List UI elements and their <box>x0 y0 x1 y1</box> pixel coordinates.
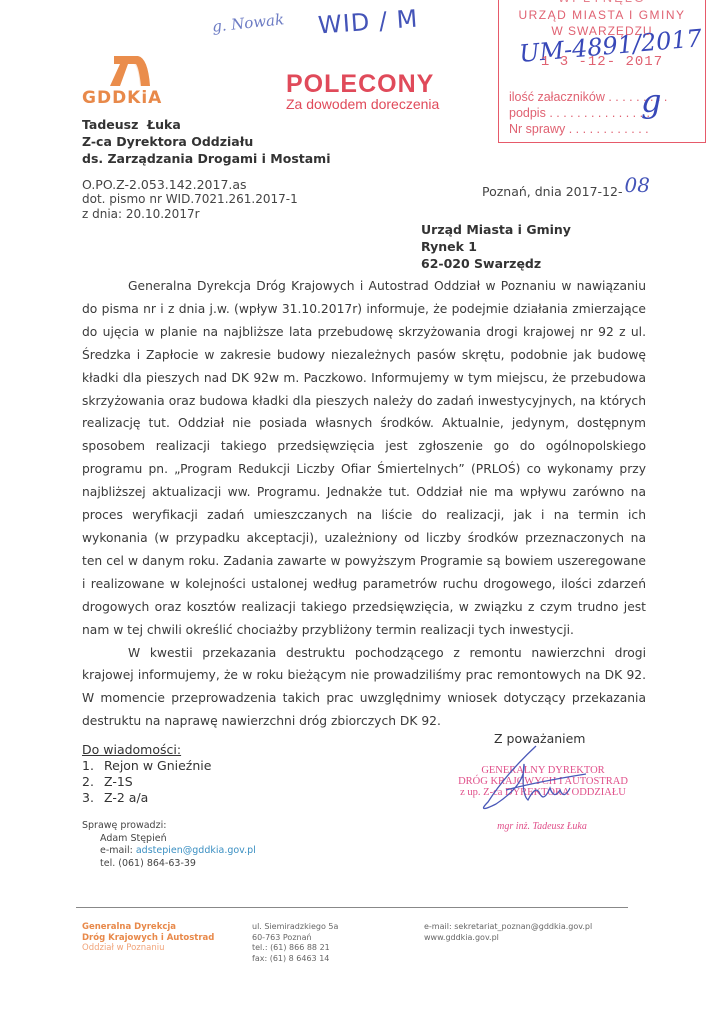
letter-body: Generalna Dyrekcja Dróg Krajowych i Auto… <box>82 275 646 733</box>
stamp-date: 1 3 -12- 2017 <box>499 54 705 70</box>
stamp-field-case-no: Nr sprawy . . . . . . . . . . . . <box>509 122 649 136</box>
field-label: podpis <box>509 106 546 120</box>
sender-position: Z-ca Dyrektora Oddziału <box>82 133 331 150</box>
handled-by: Sprawę prowadzi: Adam Stępień e-mail: ad… <box>82 820 256 870</box>
sender-block: Tadeusz Łuka Z-ca Dyrektora Oddziału ds.… <box>82 116 331 167</box>
item-number: 3. <box>82 790 104 806</box>
footer-divider <box>76 907 628 908</box>
handwritten-signature <box>466 744 596 814</box>
item-number: 2. <box>82 774 104 790</box>
reference-block: O.PO.Z-2.053.142.2017.as dot. pismo nr W… <box>82 177 298 222</box>
list-item: 3.Z-2 a/a <box>82 790 211 806</box>
footer-org-line: Generalna Dyrekcja <box>82 922 214 933</box>
handled-by-label: Sprawę prowadzi: <box>82 820 256 833</box>
footer-contact: e-mail: sekretariat_poznan@gddkia.gov.pl… <box>424 922 592 943</box>
item-number: 1. <box>82 758 104 774</box>
recipient-address: Urząd Miasta i Gminy Rynek 1 62-020 Swar… <box>421 221 571 272</box>
handwritten-note: g. Nowak <box>211 10 285 35</box>
footer-address-line: ul. Siemiradzkiego 5a <box>252 922 338 933</box>
field-label: Nr sprawy <box>509 122 565 136</box>
copies-heading: Do wiadomości: <box>82 742 211 758</box>
handwritten-initial: g <box>641 82 661 120</box>
signatory-name: mgr inż. Tadeusz Łuka <box>462 821 622 832</box>
recipient-line-1: Urząd Miasta i Gminy <box>421 221 571 238</box>
place-date: Poznań, dnia 2017-12-08 <box>482 177 650 201</box>
gddkia-logo-text: GDDKiA <box>82 88 162 108</box>
footer-org-line: Dróg Krajowych i Autostrad <box>82 933 214 944</box>
reference-sign: O.PO.Z-2.053.142.2017.as <box>82 177 298 192</box>
handwritten-note-wid: WID / M <box>317 5 419 40</box>
handled-by-phone: tel. (061) 864-63-39 <box>82 858 256 871</box>
stamp-office: URZĄD MIASTA I GMINY <box>499 8 705 22</box>
footer-org-line: Oddział w Poznaniu <box>82 943 214 954</box>
copies-list: 1.Rejon w Gnieźnie 2.Z-1S 3.Z-2 a/a <box>82 758 211 806</box>
item-text: Rejon w Gnieźnie <box>104 758 211 773</box>
reference-regarding: dot. pismo nr WID.7021.261.2017-1 <box>82 192 298 207</box>
stamp-received: WPŁYNĘŁO <box>499 0 705 5</box>
handled-by-name: Adam Stępień <box>82 833 256 846</box>
body-paragraph-2: W kwestii przekazania destruktu pochodzą… <box>82 642 646 734</box>
item-text: Z-1S <box>104 774 133 789</box>
footer-address: ul. Siemiradzkiego 5a 60-763 Poznań tel.… <box>252 922 338 964</box>
copies-to: Do wiadomości: 1.Rejon w Gnieźnie 2.Z-1S… <box>82 742 211 806</box>
sender-name: Tadeusz Łuka <box>82 116 331 133</box>
list-item: 2.Z-1S <box>82 774 211 790</box>
email-link[interactable]: adstepien@gddkia.gov.pl <box>136 845 256 856</box>
sender-department: ds. Zarządzania Drogami i Mostami <box>82 150 331 167</box>
recipient-line-2: Rynek 1 <box>421 238 571 255</box>
reference-date: z dnia: 20.10.2017r <box>82 207 298 222</box>
item-text: Z-2 a/a <box>104 790 148 805</box>
field-label: ilość załaczników <box>509 90 605 104</box>
road-lanes-icon <box>108 54 152 88</box>
handwritten-day: 08 <box>624 173 649 197</box>
handled-by-email-row: e-mail: adstepien@gddkia.gov.pl <box>82 845 256 858</box>
registered-mail-stamp-subtitle: Za dowodem doreczenia <box>286 96 439 112</box>
receipt-stamp: WPŁYNĘŁO URZĄD MIASTA I GMINY W SWARZĘDZ… <box>498 0 706 143</box>
place-date-printed: Poznań, dnia 2017-12- <box>482 184 622 199</box>
footer-email[interactable]: e-mail: sekretariat_poznan@gddkia.gov.pl <box>424 922 592 933</box>
recipient-line-3: 62-020 Swarzędz <box>421 255 571 272</box>
footer-phone: tel.: (61) 866 88 21 <box>252 943 338 954</box>
list-item: 1.Rejon w Gnieźnie <box>82 758 211 774</box>
footer-website[interactable]: www.gddkia.gov.pl <box>424 933 592 944</box>
body-paragraph-1: Generalna Dyrekcja Dróg Krajowych i Auto… <box>82 275 646 642</box>
registered-mail-stamp-title: POLECONY <box>286 70 434 99</box>
stamp-field-signature: podpis . . . . . . . . . . . . . . . <box>509 106 650 120</box>
footer-address-line: 60-763 Poznań <box>252 933 338 944</box>
footer-organization: Generalna Dyrekcja Dróg Krajowych i Auto… <box>82 922 214 954</box>
footer-fax: fax: (61) 8 6463 14 <box>252 954 338 965</box>
email-label: e-mail: <box>100 845 136 856</box>
